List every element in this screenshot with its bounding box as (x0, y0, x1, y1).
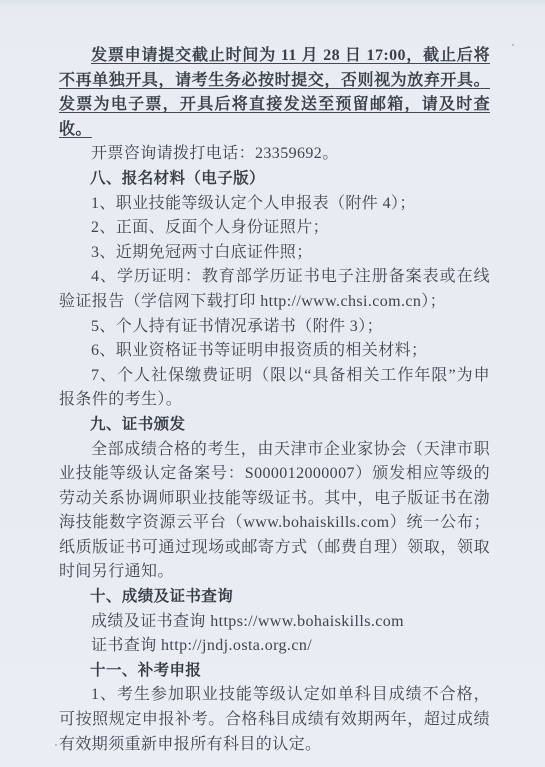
invoice-phone-line: 开票咨询请拨打电话：23359692。 (59, 142, 490, 167)
material-item-2: 2、正面、反面个人身份证照片； (59, 216, 490, 241)
section-heading-certificate-issuance: 九、证书颁发 (59, 413, 490, 438)
scan-artifact-speck (512, 44, 514, 46)
document-body: 发票申请提交截止时间为 11 月 28 日 17:00，截止后将不再单独开具，请… (59, 44, 490, 757)
material-item-1: 1、职业技能等级认定个人申报表（附件 4）； (59, 192, 490, 217)
page-number: 3 (0, 714, 545, 729)
score-query-url-line: 成绩及证书查询 https://www.bohaiskills.com (59, 610, 490, 635)
material-item-4: 4、学历证明：教育部学历证书电子注册备案表或在线验证报告（学信网下载打印 htt… (59, 265, 490, 314)
material-item-5: 5、个人持有证书情况承诺书（附件 3）； (59, 315, 490, 340)
material-item-7: 7、个人社保缴费证明（限以“具备相关工作年限”为申报条件的考生）。 (59, 364, 490, 413)
scanned-notice-page: 发票申请提交截止时间为 11 月 28 日 17:00，截止后将不再单独开具，请… (0, 0, 545, 767)
scan-artifact-speck (55, 744, 57, 746)
section-heading-application-materials: 八、报名材料（电子版） (59, 167, 490, 192)
material-item-3: 3、近期免冠两寸白底证件照； (59, 241, 490, 266)
section-heading-makeup-exam: 十一、补考申报 (59, 659, 490, 684)
section-heading-score-certificate-query: 十、成绩及证书查询 (59, 585, 490, 610)
certificate-query-url-line: 证书查询 http://jndj.osta.org.cn/ (59, 634, 490, 659)
material-item-6: 6、职业资格证书等证明申报资质的相关材料； (59, 339, 490, 364)
invoice-deadline-notice: 发票申请提交截止时间为 11 月 28 日 17:00，截止后将不再单独开具，请… (59, 44, 490, 142)
certificate-issuance-paragraph: 全部成绩合格的考生，由天津市企业家协会（天津市职业技能等级认定备案号：S0000… (59, 438, 490, 586)
